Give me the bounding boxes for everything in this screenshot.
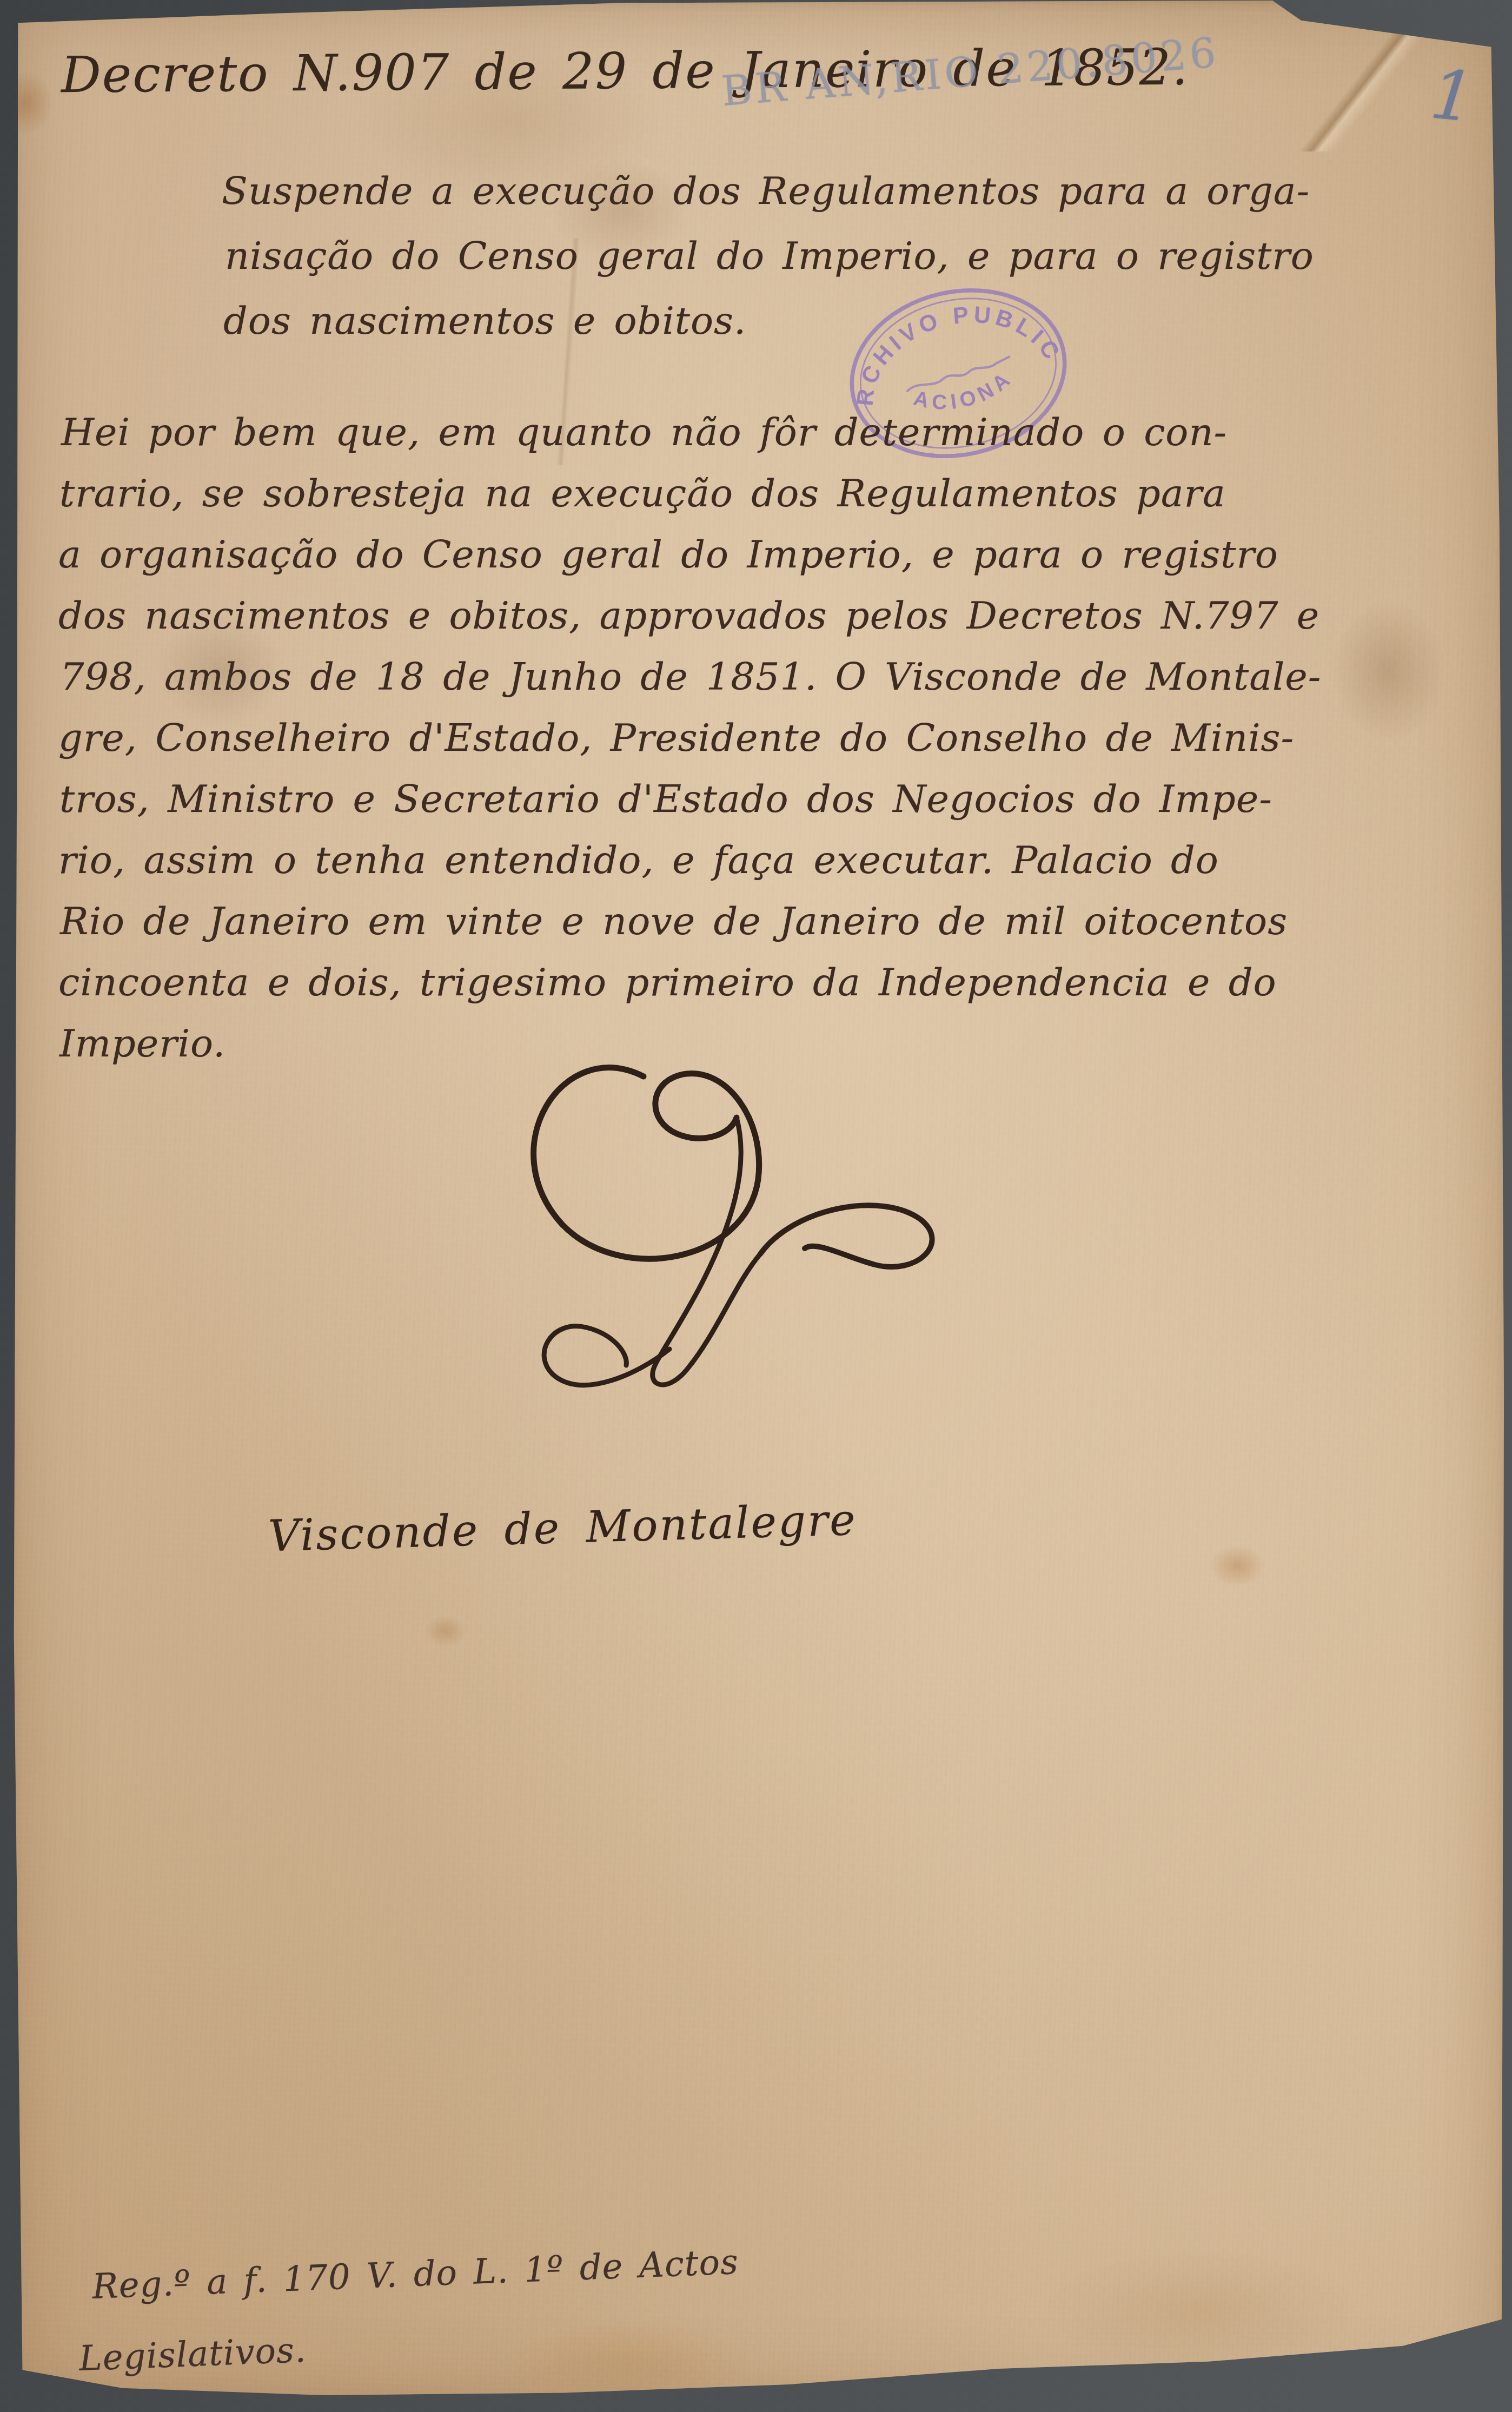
registration-note-line: Reg.º a f. 170 V. do L. 1º de Actos — [91, 2242, 739, 2307]
body-line: dos nascimentos e obitos, approvados pel… — [58, 593, 1319, 638]
paper-stain — [0, 65, 58, 141]
paper-stain — [1318, 584, 1459, 757]
svg-text:ARCHIVO PUBLICO: ARCHIVO PUBLICO — [824, 256, 1069, 417]
paper-stain — [1010, 2239, 1389, 2380]
body-line: trario, se sobresteja na execução dos Re… — [59, 471, 1226, 516]
body-line: tros, Ministro e Secretario d'Estado dos… — [59, 777, 1272, 821]
scan-background: { "document": { "kind": "handwritten imp… — [0, 0, 1512, 2412]
body-line: gre, Conselheiro d'Estado, Presidente do… — [58, 716, 1294, 760]
body-line: Imperio. — [59, 1021, 226, 1066]
archivo-publico-nacional-stamp: ARCHIVO PUBLICO NACIONAL — [824, 256, 1093, 490]
summary-line: nisação do Censo geral do Imperio, e par… — [225, 234, 1314, 278]
stamp-text-top: ARCHIVO PUBLICO — [824, 256, 1069, 417]
paper-stain — [486, 2315, 767, 2412]
registration-note-line: Legislativos. — [78, 2330, 307, 2379]
page-number: 1 — [1427, 54, 1478, 138]
paper-stain — [421, 1612, 469, 1650]
minister-signature: Visconde de Montalegre — [268, 1495, 858, 1561]
paper-sheet: Decreto N.907 de 29 de Janeiro de 1852. … — [10, 0, 1508, 2406]
paper-stain — [1205, 1542, 1270, 1590]
body-line: Hei por bem que, em quanto não fôr deter… — [61, 410, 1227, 454]
body-line: rio, assim o tenha entendido, e faça exe… — [58, 838, 1219, 882]
body-line: a organisação do Censo geral do Imperio,… — [58, 532, 1278, 577]
summary-line: dos nascimentos e obitos. — [223, 299, 746, 343]
imperial-rubric-signature — [454, 1013, 973, 1407]
body-line: cincoenta e dois, trigesimo primeiro da … — [58, 960, 1277, 1005]
body-line: Rio de Janeiro em vinte e nove de Janeir… — [60, 899, 1288, 943]
stamp-center-flourish — [905, 356, 1012, 391]
body-line: 798, ambos de 18 de Junho de 1851. O Vis… — [60, 655, 1321, 699]
summary-line: Suspende a execução dos Regulamentos par… — [222, 169, 1310, 213]
